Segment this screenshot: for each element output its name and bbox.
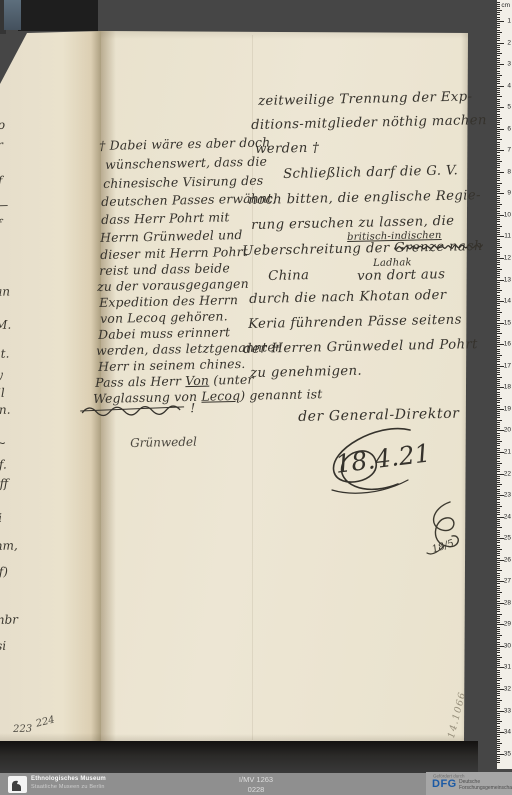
previous-page-text-fragment: Lif.: [0, 459, 7, 471]
ruler-tick: [497, 486, 500, 487]
ruler-tick: [497, 165, 500, 166]
ruler-tick: [497, 590, 500, 591]
ruler-tick: [497, 443, 500, 444]
ruler-tick: [497, 96, 502, 97]
ruler-tick: [497, 506, 502, 507]
ruler-tick: [497, 527, 502, 528]
ruler-tick: [497, 583, 500, 584]
previous-page-text-fragment: mm,: [0, 539, 18, 552]
ruler-tick: [497, 88, 500, 89]
ruler-tick: [497, 469, 500, 470]
previous-page-text-fragment: f: [0, 218, 2, 230]
ruler-tick: [497, 252, 500, 253]
ruler-number: 13: [504, 276, 511, 283]
previous-page-text-fragment: hiff: [0, 478, 8, 490]
ruler-tick: [497, 374, 500, 375]
handwriting-line-left-column: zu der vorausgegangen: [97, 278, 249, 294]
ruler-tick: [497, 642, 500, 643]
ruler-tick: [497, 247, 502, 248]
ruler-tick: [497, 32, 502, 33]
ruler-tick: [497, 370, 500, 371]
ruler-tick: [497, 540, 500, 541]
ruler-tick: [497, 372, 500, 373]
measurement-ruler: cm 1234567891011121314151617181920212223…: [497, 0, 512, 769]
museum-name: Ethnologisches Museum: [31, 776, 106, 782]
image-number: 0228: [239, 785, 273, 795]
ruler-number: 28: [504, 599, 511, 606]
ruler-tick: [497, 514, 500, 515]
handwriting-line-left-column: dass Herr Pohrt mit: [101, 211, 230, 226]
ruler-tick: [497, 661, 500, 662]
ruler-tick: [497, 405, 500, 406]
ruler-number: 24: [504, 513, 511, 520]
ruler-tick: [497, 536, 500, 537]
ruler-tick: [497, 394, 500, 395]
ruler-tick: [497, 355, 502, 356]
ruler-tick: [497, 320, 500, 321]
ruler-tick: [497, 66, 500, 67]
ruler-tick: [497, 230, 500, 231]
ruler-tick: [497, 68, 500, 69]
ruler-tick: [497, 573, 500, 574]
handwriting-line-left-column: Pass als Herr Von (unter: [95, 374, 254, 390]
handwriting-line-right-column: werden †: [255, 142, 319, 157]
ruler-tick: [497, 476, 500, 477]
ruler-tick: [497, 204, 502, 205]
ruler-tick: [497, 547, 500, 548]
ruler-number: 11: [504, 233, 511, 240]
ruler-tick: [497, 198, 500, 199]
ruler-tick: [497, 172, 504, 173]
ruler-tick: [497, 448, 500, 449]
ruler-tick: [497, 208, 500, 209]
ruler-tick: [497, 79, 500, 80]
ruler-tick: [497, 286, 500, 287]
ruler-tick: [497, 327, 500, 328]
previous-page-text-fragment: olan: [0, 285, 10, 298]
previous-page-text-fragment: —: [0, 199, 8, 211]
ruler-tick: [497, 708, 500, 709]
ruler-tick: [497, 680, 500, 681]
ruler-tick: [497, 570, 502, 571]
ruler-number: 21: [504, 448, 511, 455]
ruler-tick: [497, 148, 500, 149]
ruler-tick: [497, 193, 504, 194]
ruler-tick: [497, 8, 500, 9]
ruler-tick: [497, 55, 500, 56]
ruler-tick: [497, 502, 500, 503]
ruler-tick: [497, 702, 500, 703]
ruler-tick: [497, 174, 500, 175]
ruler-tick: [497, 275, 500, 276]
ruler-tick: [497, 312, 502, 313]
ruler-tick: [497, 594, 500, 595]
ruler-tick: [497, 105, 500, 106]
ruler-tick: [497, 616, 500, 617]
ruler-tick: [497, 357, 500, 358]
ruler-tick: [497, 687, 500, 688]
ruler-tick: [497, 30, 500, 31]
ruler-tick: [497, 695, 500, 696]
ruler-tick: [497, 129, 504, 130]
ruler-tick: [497, 435, 500, 436]
ruler-tick: [497, 670, 500, 671]
handwriting-line-right-column: von dort aus: [357, 268, 445, 283]
ruler-tick: [497, 144, 500, 145]
ruler-tick: [497, 471, 500, 472]
ruler-tick: [497, 762, 500, 763]
ruler-number: 22: [504, 470, 511, 477]
ruler-tick: [497, 532, 500, 533]
ruler-tick: [497, 400, 500, 401]
ruler-tick: [497, 25, 500, 26]
ruler-tick: [497, 588, 500, 589]
ruler-tick: [497, 361, 500, 362]
ruler-tick: [497, 187, 500, 188]
ruler-tick: [497, 545, 500, 546]
ruler-tick: [497, 256, 500, 257]
ruler-tick: [497, 586, 500, 587]
ruler-unit-label: cm: [501, 2, 510, 9]
ruler-tick: [497, 493, 500, 494]
ruler-tick: [497, 450, 500, 451]
image-identifier: I/MV 1263 0228: [239, 775, 273, 794]
ruler-tick: [497, 27, 500, 28]
ruler-tick: [497, 36, 500, 37]
ruler-tick: [497, 644, 500, 645]
previous-page-text-fragment: mbr: [0, 613, 18, 626]
ruler-tick: [497, 178, 500, 179]
ruler-tick: [497, 273, 500, 274]
ruler-tick: [497, 637, 500, 638]
ruler-tick: [497, 577, 500, 578]
ruler-tick: [497, 467, 500, 468]
ruler-tick: [497, 219, 500, 220]
ruler-tick: [497, 508, 500, 509]
ruler-tick: [497, 40, 500, 41]
ruler-number: 1: [507, 17, 511, 24]
ruler-tick: [497, 609, 500, 610]
ruler-tick: [497, 249, 500, 250]
ruler-tick: [497, 607, 500, 608]
previous-page-text-fragment: si: [0, 640, 6, 652]
ruler-tick: [497, 747, 500, 748]
ruler-tick: [497, 743, 502, 744]
ruler-tick: [497, 200, 500, 201]
ruler-tick: [497, 751, 500, 752]
ruler-tick: [497, 290, 502, 291]
ruler-tick: [497, 663, 500, 664]
ruler-tick: [497, 596, 500, 597]
ruler-tick: [497, 379, 500, 380]
ruler-tick: [497, 659, 500, 660]
ruler-tick: [497, 719, 500, 720]
ruler-tick: [497, 53, 502, 54]
digitization-footer-bar: Ethnologisches Museum Staatliche Museen …: [0, 773, 512, 795]
ruler-tick: [497, 308, 500, 309]
ruler-tick: [497, 101, 500, 102]
handwriting-line-left-column: reist und dass beide: [99, 262, 230, 277]
dfg-logo: Gefördert durch DFG Deutsche Forschungsg…: [426, 772, 512, 795]
previous-page-text-fragment: r: [0, 139, 3, 151]
handwriting-line-left-column: † Dabei wäre es aber doch: [99, 136, 270, 152]
ruler-tick: [497, 152, 500, 153]
handwriting-line-left-column: chinesische Visirung des: [103, 175, 263, 191]
ruler-tick: [497, 297, 500, 298]
ruler-tick: [497, 21, 504, 22]
ruler-number: 14: [504, 298, 511, 305]
ruler-tick: [497, 159, 500, 160]
right-page-number: 224: [35, 715, 56, 729]
ruler-tick: [497, 303, 500, 304]
ruler-tick: [497, 413, 500, 414]
ruler-tick: [497, 445, 500, 446]
ruler-number: 35: [504, 750, 511, 757]
ruler-tick: [497, 217, 500, 218]
ruler-tick: [497, 236, 504, 237]
ruler-tick: [497, 713, 500, 714]
signature-flourish: [312, 420, 432, 502]
ruler-tick: [497, 305, 500, 306]
ruler-tick: [497, 598, 500, 599]
ruler-tick: [497, 349, 500, 350]
previous-page-text-fragment: tf: [0, 175, 3, 187]
ruler-tick: [497, 234, 500, 235]
museum-logo-glyph: [8, 776, 27, 793]
ruler-tick: [497, 441, 502, 442]
ruler-number: 27: [504, 578, 511, 585]
ruler-tick: [497, 224, 500, 225]
ruler-tick: [497, 99, 500, 100]
ruler-tick: [497, 439, 500, 440]
ruler-tick: [497, 157, 500, 158]
ruler-tick: [497, 264, 500, 265]
ruler-tick: [497, 456, 500, 457]
ruler-tick: [497, 465, 500, 466]
previous-page-text-fragment: M.: [0, 319, 11, 331]
ruler-tick: [497, 191, 500, 192]
ruler-tick: [497, 652, 500, 653]
ruler-tick: [497, 683, 500, 684]
ruler-number: 26: [504, 556, 511, 563]
handwriting-line-left-column: Herr in seinem chines.: [98, 358, 246, 373]
ruler-tick: [497, 398, 502, 399]
ruler-tick: [497, 325, 500, 326]
ruler-tick: [497, 749, 500, 750]
ruler-tick: [497, 310, 500, 311]
dfg-acronym: DFG: [432, 778, 457, 790]
ruler-tick: [497, 618, 500, 619]
ruler-tick: [497, 51, 500, 52]
previous-page-text-fragment: iüt.: [0, 348, 9, 360]
ruler-tick: [497, 14, 500, 15]
ruler-tick: [497, 81, 500, 82]
ruler-tick: [497, 239, 500, 240]
ruler-tick: [497, 368, 500, 369]
ruler-tick: [497, 111, 500, 112]
ruler-tick: [497, 139, 502, 140]
ruler-tick: [497, 700, 502, 701]
ruler-tick: [497, 745, 500, 746]
ruler-tick: [497, 277, 500, 278]
ruler-number: 30: [504, 642, 511, 649]
ruler-tick: [497, 402, 500, 403]
ruler-tick: [497, 534, 500, 535]
ruler-number: 31: [504, 664, 511, 671]
ruler-tick: [497, 422, 500, 423]
previous-page-text-fragment: il: [0, 387, 5, 399]
ruler-tick: [497, 83, 500, 84]
ruler-tick: [497, 715, 500, 716]
ruler-tick: [497, 221, 500, 222]
ruler-tick: [497, 226, 502, 227]
ruler-tick: [497, 605, 500, 606]
ruler-tick: [497, 23, 500, 24]
ruler-tick: [497, 6, 500, 7]
ruler-tick: [497, 478, 500, 479]
ruler-tick: [497, 657, 502, 658]
ruler-tick: [497, 241, 500, 242]
ruler-tick: [497, 170, 500, 171]
ruler-tick: [497, 635, 502, 636]
ruler-tick: [497, 10, 502, 11]
ruler-tick: [497, 329, 500, 330]
ruler-tick: [497, 691, 500, 692]
ruler-tick: [497, 721, 502, 722]
ruler-tick: [497, 415, 500, 416]
ruler-number: 23: [504, 492, 511, 499]
previous-page-text-fragment: p: [0, 119, 5, 131]
ruler-number: 4: [507, 82, 511, 89]
handwriting-line-right-column: China: [268, 269, 309, 283]
ruler-tick: [497, 676, 500, 677]
ruler-tick: [497, 127, 500, 128]
shelfmark: I/MV 1263: [239, 775, 273, 785]
ruler-tick: [497, 71, 500, 72]
ruler-tick: [497, 120, 500, 121]
ruler-number: 6: [507, 125, 511, 132]
ruler-tick: [497, 480, 500, 481]
ruler-tick: [497, 717, 500, 718]
ruler-tick: [497, 525, 500, 526]
ruler-tick: [497, 454, 500, 455]
ruler-tick: [497, 73, 500, 74]
ruler-tick: [497, 698, 500, 699]
ruler-tick: [497, 34, 500, 35]
ruler-tick: [497, 292, 500, 293]
ruler-tick: [497, 704, 500, 705]
ruler-tick: [497, 723, 500, 724]
ruler-tick: [497, 196, 500, 197]
handwriting-line-left-column: wünschenswert, dass die: [105, 156, 267, 172]
ruler-tick: [497, 620, 500, 621]
ruler-tick: [497, 64, 504, 65]
ruler-tick: [497, 254, 500, 255]
ruler-tick: [497, 579, 500, 580]
ruler-tick: [497, 150, 504, 151]
ruler-tick: [497, 631, 500, 632]
ruler-tick: [497, 592, 502, 593]
ruler-tick: [497, 109, 500, 110]
ruler-tick: [497, 489, 500, 490]
ruler-tick: [497, 243, 500, 244]
ruler-tick: [497, 553, 500, 554]
ruler-tick: [497, 622, 500, 623]
pencil-inventory-note: 14.1066: [447, 691, 468, 740]
ruler-tick: [497, 564, 500, 565]
ruler-tick: [497, 504, 500, 505]
ruler-tick: [497, 601, 500, 602]
ruler-tick: [497, 271, 500, 272]
ruler-tick: [497, 288, 500, 289]
ruler-tick: [497, 558, 500, 559]
ruler-tick: [497, 491, 500, 492]
ruler-tick: [497, 650, 500, 651]
ruler-number: 18: [504, 384, 511, 391]
ruler-number: 17: [504, 362, 511, 369]
ruler-tick: [497, 12, 500, 13]
ruler-tick: [497, 385, 500, 386]
ruler-tick: [497, 316, 500, 317]
ruler-tick: [497, 161, 502, 162]
ruler-tick: [497, 318, 500, 319]
ruler-tick: [497, 103, 500, 104]
ruler-tick: [497, 756, 500, 757]
ruler-tick: [497, 655, 500, 656]
previous-page-text-fragment: i: [0, 512, 2, 524]
ruler-number: 32: [504, 686, 511, 693]
ruler-tick: [497, 383, 500, 384]
ruler-tick: [497, 730, 500, 731]
ruler-tick: [497, 463, 502, 464]
ruler-tick: [497, 575, 500, 576]
ruler-tick: [497, 62, 500, 63]
ruler-number: 34: [504, 729, 511, 736]
ruler-tick: [497, 555, 500, 556]
ruler-tick: [497, 183, 502, 184]
handwriting-line-right-column: zu genehmigen.: [250, 365, 362, 381]
left-page-number: 223: [13, 725, 32, 735]
ruler-tick: [497, 364, 500, 365]
ruler-tick: [497, 359, 500, 360]
ruler-tick: [497, 333, 502, 334]
ruler-tick: [497, 627, 500, 628]
ruler-tick: [497, 726, 500, 727]
ruler-tick: [497, 734, 500, 735]
handwriting-line-right-column: durch die nach Khotan oder: [249, 289, 447, 306]
ruler-tick: [497, 176, 500, 177]
ruler-tick: [497, 351, 500, 352]
ruler-number: 12: [504, 255, 511, 262]
handwriting-line-right-column: Ueberschreitung der Grenze nach: [242, 240, 483, 258]
ruler-tick: [497, 420, 502, 421]
handwriting-line-left-column: Expedition des Herrn: [99, 294, 238, 309]
museum-subtitle: Staatliche Museen zu Berlin: [31, 784, 105, 790]
handwriting-line-right-column: ditions-mitglieder nöthig machen: [251, 114, 487, 132]
handwriting-layer: der General-Direktor 18.4.21 18/5 14.106…: [0, 0, 512, 795]
ruler-tick: [497, 185, 500, 186]
ruler-tick: [497, 269, 502, 270]
ruler-tick: [497, 678, 502, 679]
ruler-tick: [497, 206, 500, 207]
ruler-number: 20: [504, 427, 511, 434]
ruler-number: 9: [507, 190, 511, 197]
ruler-tick: [497, 417, 500, 418]
ruler-tick: [497, 566, 500, 567]
ruler-tick: [497, 728, 500, 729]
ruler-tick: [497, 267, 500, 268]
ruler-tick: [497, 482, 500, 483]
